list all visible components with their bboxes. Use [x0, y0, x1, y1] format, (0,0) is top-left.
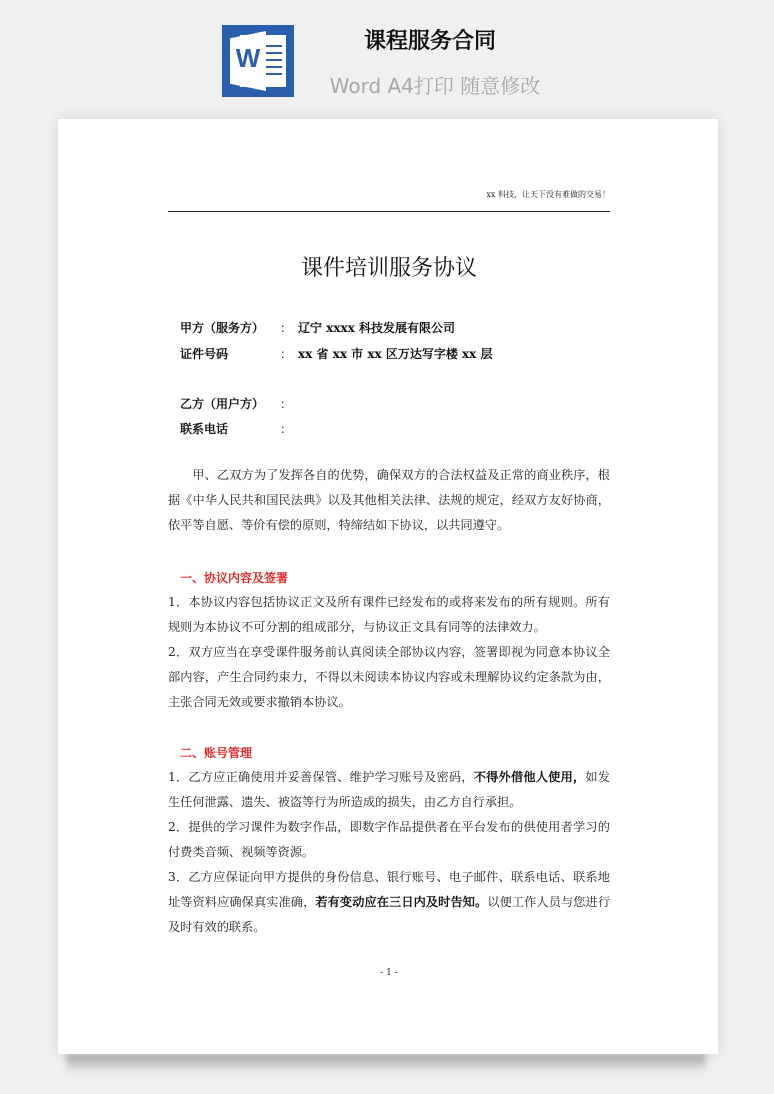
document-title: 课件培训服务协议 [168, 251, 610, 282]
header-divider [168, 211, 610, 212]
section-1-heading: 一、协议内容及签署 [180, 569, 288, 586]
id-number-label: 证件号码 [180, 345, 280, 362]
page-shadow [66, 1054, 706, 1072]
phone-row: 联系电话： [180, 420, 298, 437]
section-2-item-3: 3．乙方应保证向甲方提供的身份信息、银行账号、电子邮件、联系电话、联系地址等资料… [168, 865, 610, 940]
phone-label: 联系电话 [180, 420, 280, 437]
id-number-value: xx 省 xx 市 xx 区万达写字楼 xx 层 [298, 347, 492, 361]
page-number: - 1 - [168, 968, 610, 978]
banner: W 课程服务合同 Word A4打印 随意修改 [0, 0, 774, 110]
section-1-item-2: 2．双方应当在享受课件服务前认真阅读全部协议内容，签署即视为同意本协议全部内容，… [168, 640, 610, 715]
section-2-item-1: 1．乙方应正确使用并妥善保管、维护学习账号及密码，不得外借他人使用，如发生任何泄… [168, 765, 610, 815]
party-a-value: 辽宁 xxxx 科技发展有限公司 [298, 321, 455, 335]
section-2-heading: 二、账号管理 [180, 744, 252, 761]
word-icon: W [222, 25, 294, 97]
party-a-label: 甲方（服务方） [180, 319, 280, 336]
party-a-row: 甲方（服务方）：辽宁 xxxx 科技发展有限公司 [180, 319, 455, 336]
section-1-item-1: 1．本协议内容包括协议正文及所有课件已经发布的或将来发布的所有规则。所有规则为本… [168, 590, 610, 640]
preamble-paragraph: 甲、乙双方为了发挥各自的优势，确保双方的合法权益及正常的商业秩序，根据《中华人民… [168, 463, 610, 538]
party-b-row: 乙方（用户方）： [180, 395, 298, 412]
emphasis-text: 若有变动应在三日内及时告知。 [315, 895, 487, 909]
party-b-label: 乙方（用户方） [180, 395, 280, 412]
document-page: xx 科技，让天下没有难做的交易！ 课件培训服务协议 甲方（服务方）：辽宁 xx… [58, 119, 718, 1054]
page-header-text: xx 科技，让天下没有难做的交易！ [168, 189, 610, 200]
banner-title: 课程服务合同 [310, 24, 550, 55]
word-letter: W [230, 43, 266, 74]
banner-subtitle: Word A4打印 随意修改 [300, 70, 570, 99]
id-number-row: 证件号码：xx 省 xx 市 xx 区万达写字楼 xx 层 [180, 345, 492, 362]
section-2-item-2: 2．提供的学习课件为数字作品，即数字作品提供者在平台发布的供使用者学习的付费类音… [168, 815, 610, 865]
emphasis-text: 不得外借他人使用， [474, 770, 586, 784]
